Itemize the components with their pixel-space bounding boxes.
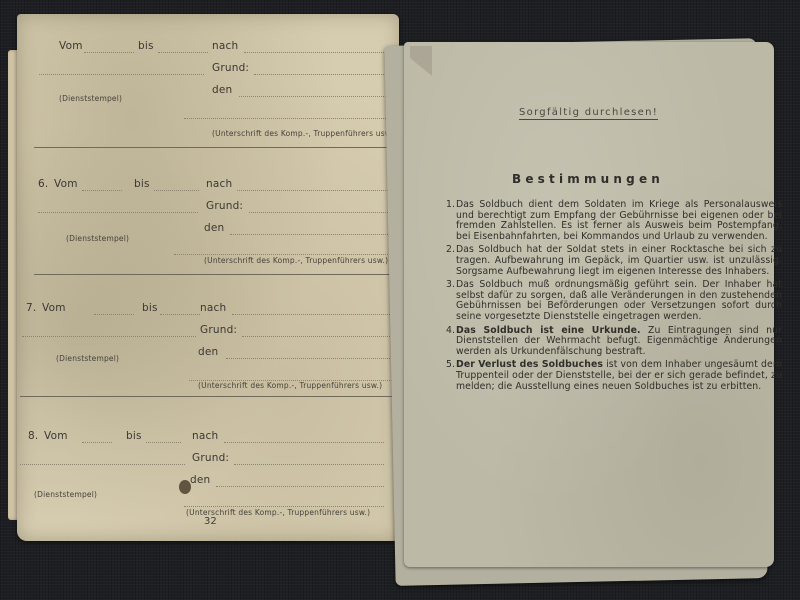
soldbuch-open-book: Vom bis nach Grund: den (Dienststempel) … — [0, 0, 800, 600]
entry-grund-field — [234, 464, 384, 465]
entry-vom-field — [84, 52, 134, 53]
page-number: 32 — [204, 516, 217, 527]
entry-grund-label: Grund: — [212, 62, 249, 74]
entry-stamp-label: (Dienststempel) — [56, 354, 119, 363]
entry-signature-label: (Unterschrift des Komp.-, Truppenführers… — [204, 256, 388, 265]
entry-bis-label: bis — [138, 40, 154, 52]
entry-vom-label: Vom — [42, 302, 66, 314]
entry-number: 7. — [26, 302, 36, 314]
leave-entry-5: Vom bis nach Grund: den (Dienststempel) … — [34, 40, 399, 158]
entry-signature-line — [174, 254, 394, 255]
entry-grund-label: Grund: — [200, 324, 237, 336]
entry-vom-field — [82, 190, 122, 191]
entry-grund-label: Grund: — [206, 200, 243, 212]
leave-entry-8: 8. Vom bis nach Grund: den (Dienststempe… — [34, 400, 399, 518]
leave-entry-7: 7. Vom bis nach Grund: den (Dienststempe… — [34, 278, 399, 396]
regulation-text: Das Soldbuch dient dem Soldaten im Krieg… — [456, 199, 782, 242]
regulation-item: 1. Das Soldbuch dient dem Soldaten im Kr… — [446, 200, 782, 242]
entry-nach-field — [237, 190, 394, 191]
regulation-number: 2. — [446, 245, 455, 256]
entry-signature-label: (Unterschrift des Komp.-, Truppenführers… — [198, 381, 382, 390]
regulation-bold-lead: Das Soldbuch ist eine Urkunde. — [456, 325, 641, 336]
entry-den-field — [230, 234, 394, 235]
regulations-heading: Bestimmungen — [512, 172, 664, 186]
entry-signature-line — [184, 118, 394, 119]
regulation-number: 5. — [446, 360, 455, 371]
entry-date-line — [20, 464, 185, 465]
regulation-number: 4. — [446, 326, 455, 337]
notice-read-carefully: Sorgfältig durchlesen! — [519, 107, 658, 120]
entry-grund-field — [254, 74, 394, 75]
entry-bis-label: bis — [134, 178, 150, 190]
entry-grund-field — [242, 336, 394, 337]
entry-vom-field — [94, 314, 134, 315]
entry-nach-label: nach — [206, 178, 232, 190]
entry-signature-label: (Unterschrift des Komp.-, Truppenführers… — [212, 129, 396, 138]
entry-den-label: den — [204, 222, 224, 234]
entry-vom-label: Vom — [44, 430, 68, 442]
regulation-item: 3. Das Soldbuch muß ordnungsmäßig geführ… — [446, 280, 782, 322]
entry-vom-label: Vom — [54, 178, 78, 190]
regulation-item: 5. Der Verlust des Soldbuches ist von de… — [446, 360, 782, 392]
regulation-number: 1. — [446, 200, 455, 211]
entry-bis-label: bis — [142, 302, 158, 314]
entry-date-line — [39, 74, 204, 75]
entry-stamp-label: (Dienststempel) — [59, 94, 122, 103]
entry-signature-line — [184, 506, 384, 507]
entry-nach-label: nach — [192, 430, 218, 442]
entry-date-line — [22, 336, 196, 337]
regulations-list: 1. Das Soldbuch dient dem Soldaten im Kr… — [446, 200, 782, 395]
regulation-item: 4. Das Soldbuch ist eine Urkunde. Zu Ein… — [446, 326, 782, 358]
entry-bis-field — [146, 442, 181, 443]
entry-number: 8. — [28, 430, 38, 442]
left-page-content: Vom bis nach Grund: den (Dienststempel) … — [34, 18, 404, 538]
entry-nach-field — [244, 52, 394, 53]
regulation-text: Das Soldbuch hat der Soldat stets in ein… — [456, 244, 782, 276]
entry-grund-field — [249, 212, 394, 213]
entry-number: 6. — [38, 178, 48, 190]
entry-grund-label: Grund: — [192, 452, 229, 464]
entry-nach-field — [224, 442, 384, 443]
entry-den-label: den — [190, 474, 210, 486]
entry-nach-field — [232, 314, 394, 315]
entry-vom-label: Vom — [59, 40, 83, 52]
entry-den-label: den — [212, 84, 232, 96]
entry-den-label: den — [198, 346, 218, 358]
entry-den-field — [216, 486, 384, 487]
leave-entry-6: 6. Vom bis nach Grund: den (Dienststempe… — [34, 158, 399, 276]
entry-den-field — [226, 358, 394, 359]
entry-bis-field — [154, 190, 199, 191]
entry-divider — [34, 274, 399, 275]
regulation-item: 2. Das Soldbuch hat der Soldat stets in … — [446, 245, 782, 277]
entry-bis-label: bis — [126, 430, 142, 442]
entry-den-field — [239, 96, 394, 97]
regulation-text: Das Soldbuch muß ordnungsmäßig geführt s… — [456, 279, 782, 322]
entry-bis-field — [160, 314, 200, 315]
entry-nach-label: nach — [200, 302, 226, 314]
entry-vom-field — [82, 442, 112, 443]
entry-stamp-label: (Dienststempel) — [66, 234, 129, 243]
entry-divider — [34, 147, 399, 148]
ink-stain — [179, 480, 191, 494]
entry-date-line — [38, 212, 198, 213]
regulation-bold-lead: Der Verlust des Soldbuches — [456, 359, 603, 370]
regulation-number: 3. — [446, 280, 455, 291]
entry-nach-label: nach — [212, 40, 238, 52]
entry-bis-field — [158, 52, 208, 53]
entry-stamp-label: (Dienststempel) — [34, 490, 97, 499]
entry-divider — [20, 396, 394, 397]
